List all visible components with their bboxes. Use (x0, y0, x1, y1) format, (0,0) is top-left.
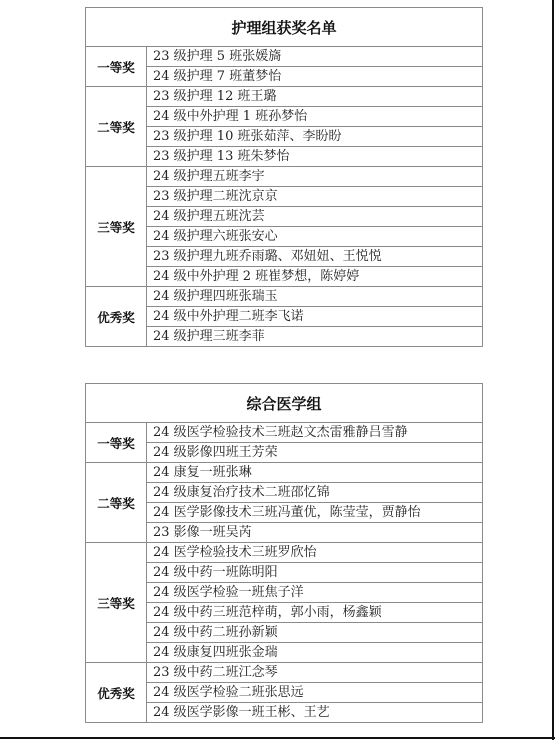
medical-award-table: 综合医学组 一等奖 24 级医学检验技术三班赵文杰雷雅静吕雪静 24 级影像四班… (85, 383, 483, 723)
table-row: 优秀奖 24 级护理四班张瑞玉 (86, 287, 483, 307)
award-level: 一等奖 (86, 423, 147, 463)
winner-entry: 23 级护理 5 班张媛旖 (147, 47, 483, 67)
award-level: 二等奖 (86, 463, 147, 543)
winner-entry: 24 级中药二班孙新颖 (147, 623, 483, 643)
table-row: 一等奖 24 级医学检验技术三班赵文杰雷雅静吕雪静 (86, 423, 483, 443)
table-row: 二等奖 23 级护理 12 班王璐 (86, 87, 483, 107)
winner-entry: 23 级护理 12 班王璐 (147, 87, 483, 107)
winner-entry: 24 级中外护理 1 班孙梦怡 (147, 107, 483, 127)
winner-entry: 24 级护理 7 班董梦怡 (147, 67, 483, 87)
award-level: 二等奖 (86, 87, 147, 167)
table-row: 二等奖 24 康复一班张琳 (86, 463, 483, 483)
award-level: 一等奖 (86, 47, 147, 87)
winner-entry: 24 级医学检验一班焦子洋 (147, 583, 483, 603)
winner-entry: 24 级护理三班李菲 (147, 327, 483, 347)
table-title: 综合医学组 (86, 384, 483, 423)
winner-entry: 24 级医学检验技术三班赵文杰雷雅静吕雪静 (147, 423, 483, 443)
winner-entry: 23 影像一班吴芮 (147, 523, 483, 543)
award-level: 三等奖 (86, 167, 147, 287)
winner-entry: 24 康复一班张琳 (147, 463, 483, 483)
winner-entry: 24 级中外护理 2 班崔梦想，陈婷婷 (147, 267, 483, 287)
winner-entry: 23 级护理 13 班朱梦怡 (147, 147, 483, 167)
award-level: 优秀奖 (86, 663, 147, 723)
award-level: 优秀奖 (86, 287, 147, 347)
winner-entry: 24 级医学检验二班张思远 (147, 683, 483, 703)
table-row: 三等奖 24 级护理五班李宇 (86, 167, 483, 187)
table-row: 三等奖 24 医学检验技术三班罗欣怡 (86, 543, 483, 563)
winner-entry: 24 级护理四班张瑞玉 (147, 287, 483, 307)
page-edge-bottom (0, 737, 555, 739)
winner-entry: 24 级护理六班张安心 (147, 227, 483, 247)
page-edge-right (552, 0, 554, 740)
winner-entry: 24 级中药一班陈明阳 (147, 563, 483, 583)
winner-entry: 24 级康复四班张金瑞 (147, 643, 483, 663)
winner-entry: 23 级中药二班江念琴 (147, 663, 483, 683)
award-level: 三等奖 (86, 543, 147, 663)
winner-entry: 24 级护理五班沈芸 (147, 207, 483, 227)
winner-entry: 24 级中外护理二班李飞诺 (147, 307, 483, 327)
winner-entry: 23 级护理二班沈京京 (147, 187, 483, 207)
nursing-award-table: 护理组获奖名单 一等奖 23 级护理 5 班张媛旖 24 级护理 7 班董梦怡 … (85, 7, 483, 347)
winner-entry: 24 级中药三班范梓萌，郭小雨，杨鑫颖 (147, 603, 483, 623)
winner-entry: 23 级护理九班乔雨璐、邓妞妞、王悦悦 (147, 247, 483, 267)
winner-entry: 24 医学影像技术三班冯董优，陈莹莹，贾静怡 (147, 503, 483, 523)
winner-entry: 24 级医学影像一班王彬、王艺 (147, 703, 483, 723)
winner-entry: 23 级护理 10 班张茹萍、李盼盼 (147, 127, 483, 147)
winner-entry: 24 级康复治疗技术二班邵忆锦 (147, 483, 483, 503)
table-row: 优秀奖 23 级中药二班江念琴 (86, 663, 483, 683)
table-title: 护理组获奖名单 (86, 8, 483, 47)
winner-entry: 24 医学检验技术三班罗欣怡 (147, 543, 483, 563)
table-row: 一等奖 23 级护理 5 班张媛旖 (86, 47, 483, 67)
winner-entry: 24 级影像四班王芳荣 (147, 443, 483, 463)
winner-entry: 24 级护理五班李宇 (147, 167, 483, 187)
